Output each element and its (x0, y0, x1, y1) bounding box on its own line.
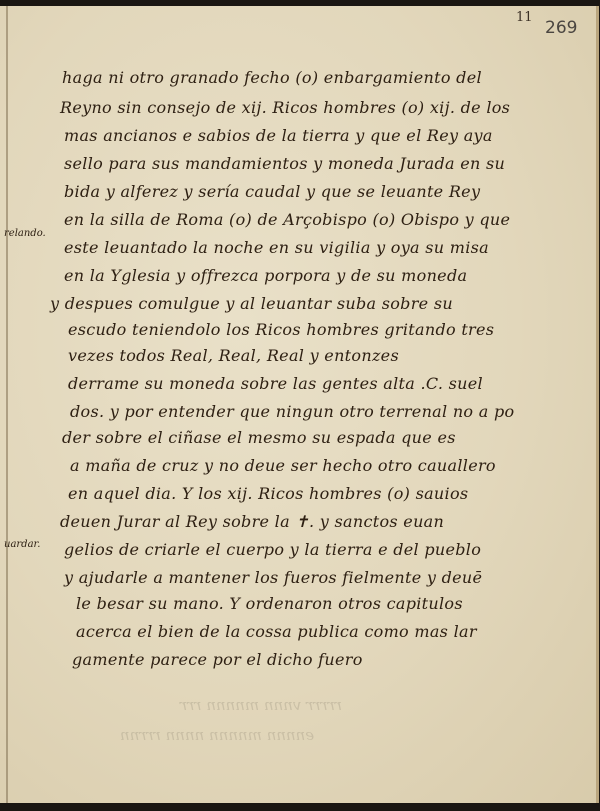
bleed-through-text: rrrrr vnnn mnnnn rrr (180, 696, 342, 714)
text-line: dos. y por entender que ningun otro terr… (70, 402, 514, 421)
text-line: Reyno sin consejo de xij. Ricos hombres … (60, 98, 510, 117)
text-line: der sobre el ciñase el mesmo su espada q… (62, 428, 456, 447)
text-line: en la silla de Roma (o) de Arçobispo (o)… (64, 210, 510, 229)
text-line: en la Yglesia y offrezca porpora y de su… (64, 266, 467, 285)
bleed-through-text: ennnn mnnnn nnnn rrrnn (120, 726, 314, 744)
text-line: vezes todos Real, Real, Real y entonzes (68, 346, 399, 365)
text-line: a maña de cruz y no deue ser hecho otro … (70, 456, 496, 475)
text-line: le besar su mano. Y ordenaron otros capi… (76, 594, 463, 613)
text-line: y despues comulgue y al leuantar suba so… (50, 294, 453, 313)
text-line: bida y alferez y sería caudal y que se l… (64, 182, 480, 201)
text-line: derrame su moneda sobre las gentes alta … (68, 374, 483, 393)
text-line: gamente parece por el dicho fuero (72, 650, 363, 669)
text-line: y ajudarle a mantener los fueros fielmen… (64, 568, 482, 587)
folio-mark: 11 (516, 10, 533, 25)
folio-number: 269 (545, 18, 577, 38)
text-line: acerca el bien de la cossa publica como … (76, 622, 477, 641)
margin-note: relando. (4, 228, 46, 239)
manuscript-page: rrrrr vnnn mnnnn rrr ennnn mnnnn nnnn rr… (0, 6, 599, 803)
text-line: este leuantado la noche en su vigilia y … (64, 238, 489, 257)
text-line: gelios de criarle el cuerpo y la tierra … (64, 540, 481, 559)
text-line: deuen Jurar al Rey sobre la ✝. y sanctos… (60, 512, 444, 531)
binding-gutter (6, 6, 8, 803)
text-line: mas ancianos e sabios de la tierra y que… (64, 126, 493, 145)
text-line: haga ni otro granado fecho (o) enbargami… (62, 68, 482, 87)
text-line: escudo teniendolo los Ricos hombres grit… (68, 320, 494, 339)
margin-note: uardar. (4, 539, 40, 550)
text-line: en aquel dia. Y los xij. Ricos hombres (… (68, 484, 468, 503)
text-line: sello para sus mandamientos y moneda Jur… (64, 154, 505, 173)
